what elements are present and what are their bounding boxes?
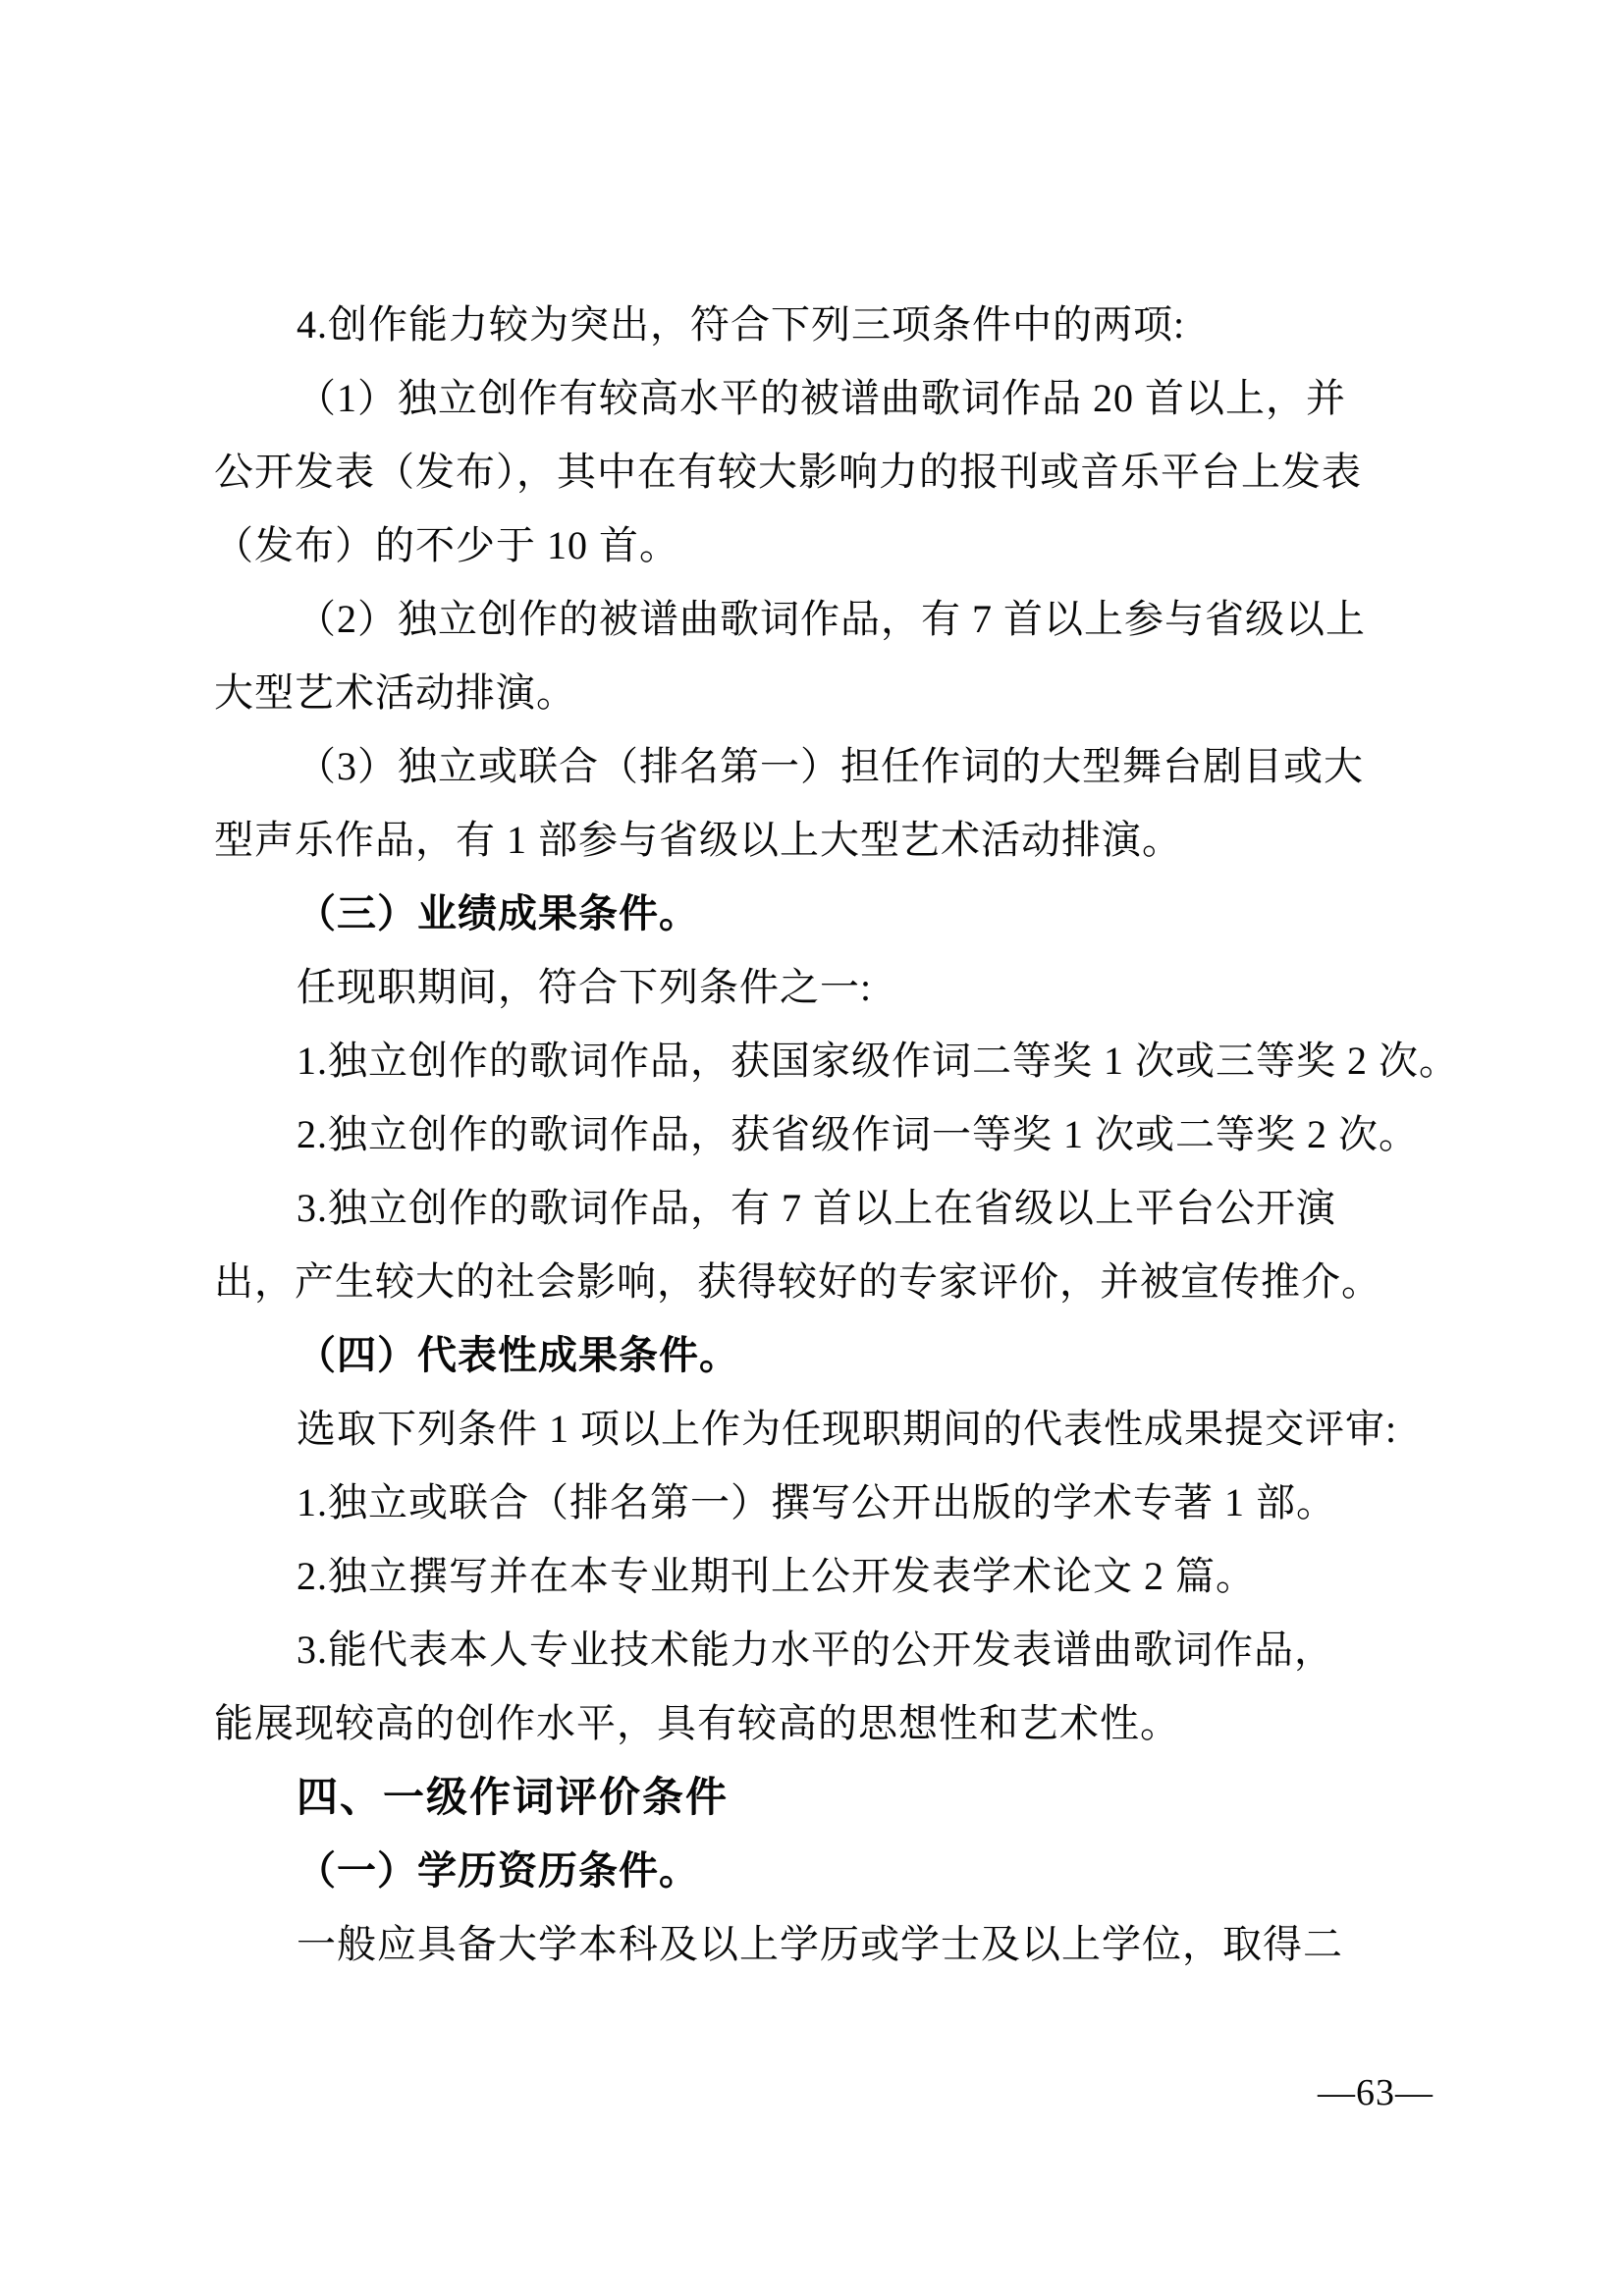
text-line: 3.能代表本人专业技术能力水平的公开发表谱曲歌词作品， <box>214 1613 1432 1686</box>
text-line: 公开发表（发布），其中在有较大影响力的报刊或音乐平台上发表 <box>214 435 1432 508</box>
text-line: 大型艺术活动排演。 <box>214 656 1432 729</box>
text-line: 4.创作能力较为突出，符合下列三项条件中的两项: <box>214 288 1432 361</box>
heading-line: （一）学历资历条件。 <box>214 1834 1432 1907</box>
text-line: （2）独立创作的被谱曲歌词作品，有 7 首以上参与省级以上 <box>214 582 1432 656</box>
text-line: 出，产生较大的社会影响，获得较好的专家评价，并被宣传推介。 <box>214 1245 1432 1318</box>
heading-line: （四）代表性成果条件。 <box>214 1318 1432 1392</box>
document-page: 4.创作能力较为突出，符合下列三项条件中的两项:（1）独立创作有较高水平的被谱曲… <box>0 0 1623 2296</box>
text-line: （发布）的不少于 10 首。 <box>214 508 1432 582</box>
text-line: 2.独立创作的歌词作品，获省级作词一等奖 1 次或二等奖 2 次。 <box>214 1097 1432 1171</box>
text-line: 2.独立撰写并在本专业期刊上公开发表学术论文 2 篇。 <box>214 1539 1432 1613</box>
text-line: 1.独立或联合（排名第一）撰写公开出版的学术专著 1 部。 <box>214 1466 1432 1539</box>
text-line: 选取下列条件 1 项以上作为任现职期间的代表性成果提交评审: <box>214 1392 1432 1466</box>
heading-line: 四、一级作词评价条件 <box>214 1760 1432 1834</box>
page-number: —63— <box>1296 2069 1434 2116</box>
text-line: 型声乐作品，有 1 部参与省级以上大型艺术活动排演。 <box>214 803 1432 877</box>
text-line: （1）独立创作有较高水平的被谱曲歌词作品 20 首以上，并 <box>214 361 1432 435</box>
text-line: 3.独立创作的歌词作品，有 7 首以上在省级以上平台公开演 <box>214 1171 1432 1245</box>
heading-line: （三）业绩成果条件。 <box>214 877 1432 950</box>
text-line: 1.独立创作的歌词作品，获国家级作词二等奖 1 次或三等奖 2 次。 <box>214 1024 1432 1097</box>
text-line: 能展现较高的创作水平，具有较高的思想性和艺术性。 <box>214 1686 1432 1760</box>
document-text-block: 4.创作能力较为突出，符合下列三项条件中的两项:（1）独立创作有较高水平的被谱曲… <box>214 288 1432 1981</box>
text-line: 一般应具备大学本科及以上学历或学士及以上学位，取得二 <box>214 1907 1432 1981</box>
text-line: 任现职期间，符合下列条件之一: <box>214 950 1432 1024</box>
text-line: （3）独立或联合（排名第一）担任作词的大型舞台剧目或大 <box>214 729 1432 803</box>
